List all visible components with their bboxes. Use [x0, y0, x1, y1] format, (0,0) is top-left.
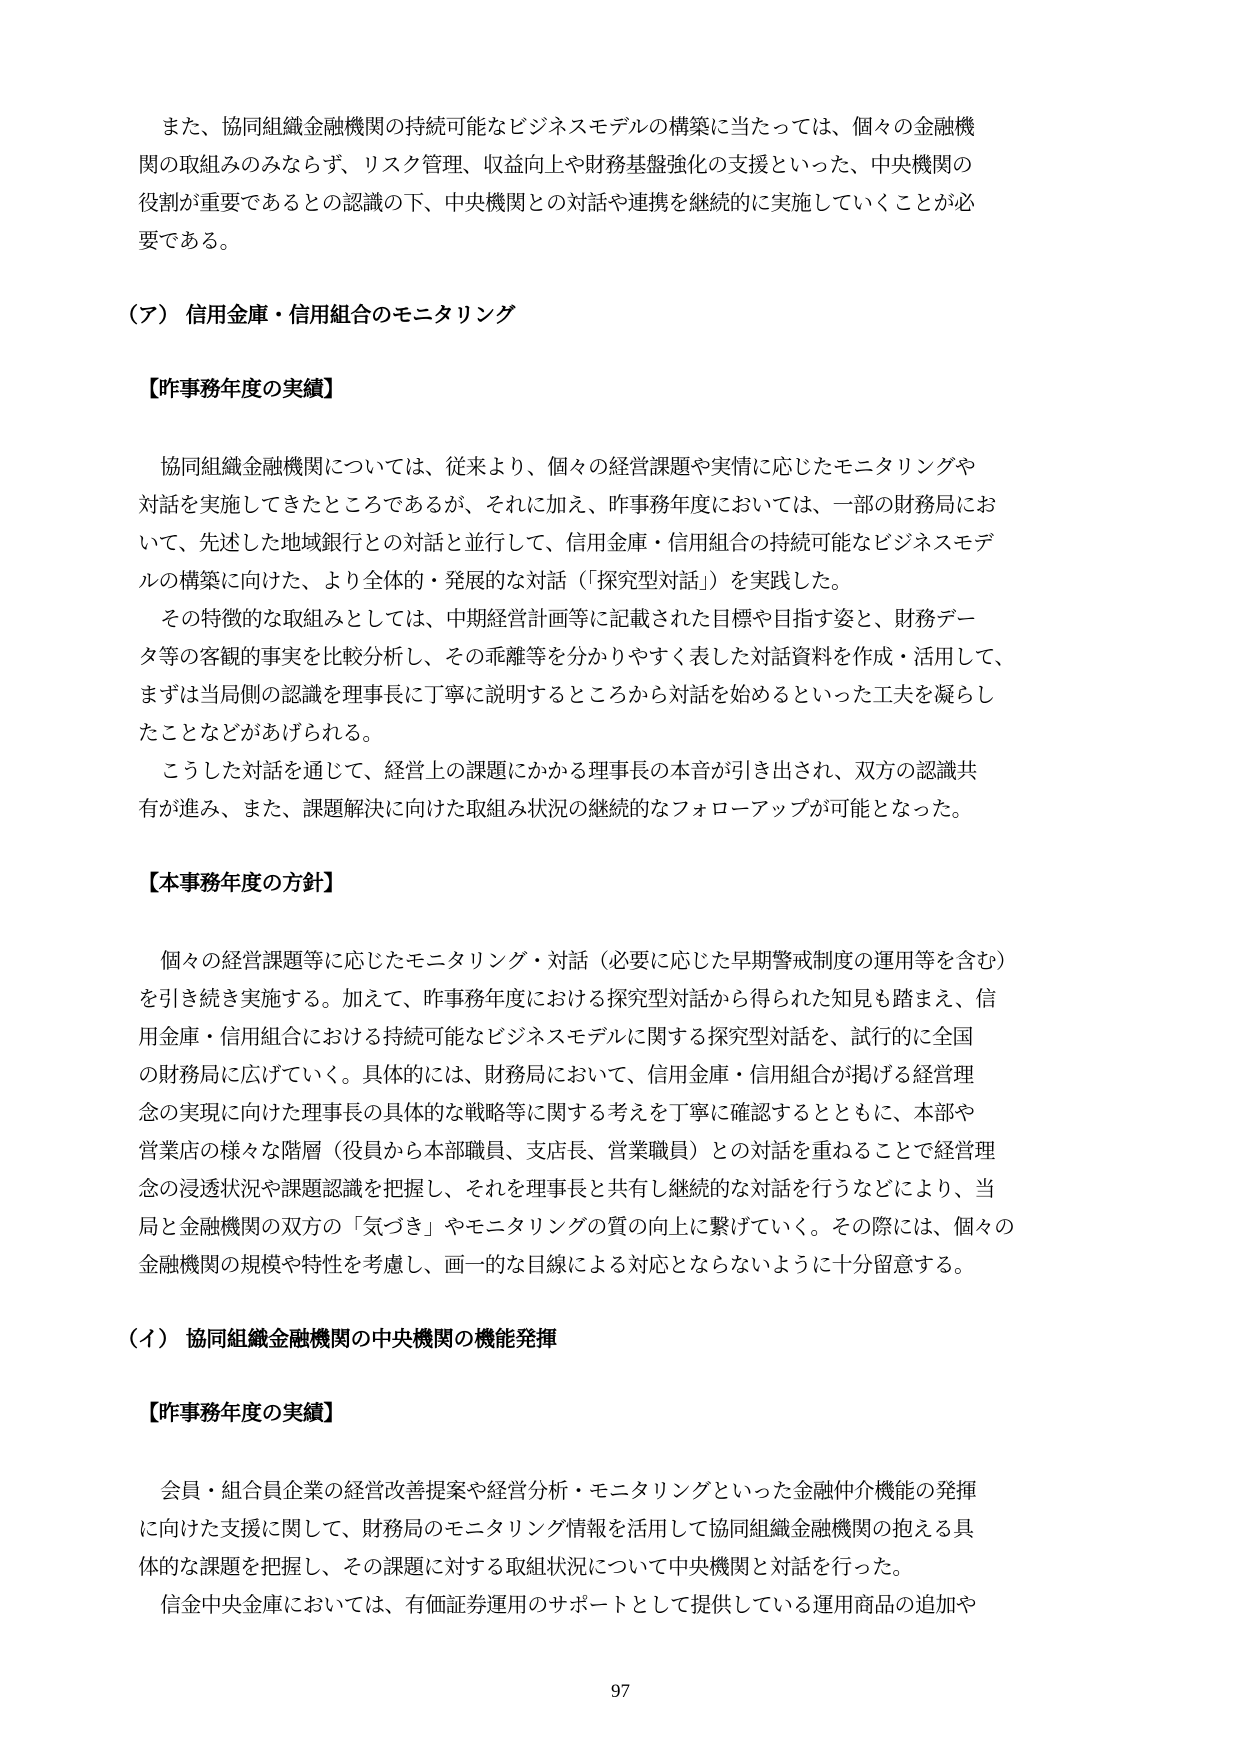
paragraph-line: 念の実現に向けた理事長の具体的な戦略等に関する考えを丁寧に確認するとともに、本部…	[138, 1098, 974, 1128]
paragraph-line: こうした対話を通じて、経営上の課題にかかる理事長の本音が引き出され、双方の認識共	[160, 756, 977, 786]
paragraph-line: 協同組織金融機関については、従来より、個々の経営課題や実情に応じたモニタリングや	[160, 452, 975, 482]
paragraph-line: 信金中央金庫においては、有価証券運用のサポートとして提供している運用商品の追加や	[160, 1590, 976, 1620]
paragraph-line: 金融機関の規模や特性を考慮し、画一的な目線による対応とならないように十分留意する…	[138, 1250, 974, 1280]
section-a-policy-heading: 【本事務年度の方針】	[138, 868, 344, 898]
paragraph-line: 念の浸透状況や課題認識を把握し、それを理事長と共有し継続的な対話を行うなどにより…	[138, 1174, 995, 1204]
section-i-past-results-heading: 【昨事務年度の実績】	[138, 1398, 344, 1428]
paragraph-line: その特徴的な取組みとしては、中期経営計画等に記載された目標や目指す姿と、財務デー	[160, 604, 976, 634]
paragraph-line: に向けた支援に関して、財務局のモニタリング情報を活用して協同組織金融機関の抱える…	[138, 1514, 974, 1544]
paragraph-line: 体的な課題を把握し、その課題に対する取組状況について中央機関と対話を行った。	[138, 1552, 913, 1582]
document-page: また、協同組織金融機関の持続可能なビジネスモデルの構築に当たっては、個々の金融機…	[0, 0, 1241, 1754]
paragraph-line: 営業店の様々な階層（役員から本部職員、支店長、営業職員）との対話を重ねることで経…	[138, 1136, 995, 1166]
paragraph-line: 個々の経営課題等に応じたモニタリング・対話（必要に応じた早期警戒制度の運用等を含…	[160, 946, 1016, 976]
page-number: 97	[0, 1680, 1241, 1704]
paragraph-line: 対話を実施してきたところであるが、それに加え、昨事務年度においては、一部の財務局…	[138, 490, 996, 520]
intro-paragraph-line: また、協同組織金融機関の持続可能なビジネスモデルの構築に当たっては、個々の金融機	[160, 112, 974, 142]
intro-paragraph-line: 要である。	[138, 226, 240, 256]
paragraph-line: の財務局に広げていく。具体的には、財務局において、信用金庫・信用組合が掲げる経営…	[138, 1060, 974, 1090]
paragraph-line: 会員・組合員企業の経営改善提案や経営分析・モニタリングといった金融仲介機能の発揮	[160, 1476, 976, 1506]
paragraph-line: いて、先述した地域銀行との対話と並行して、信用金庫・信用組合の持続可能なビジネス…	[138, 528, 993, 558]
paragraph-line: 局と金融機関の双方の「気づき」やモニタリングの質の向上に繋げていく。その際には、…	[138, 1212, 1014, 1242]
paragraph-line: たことなどがあげられる。	[138, 718, 383, 748]
section-i-heading: （イ） 協同組織金融機関の中央機関の機能発揮	[117, 1324, 557, 1354]
paragraph-line: を引き続き実施する。加えて、昨事務年度における探究型対話から得られた知見も踏まえ…	[138, 984, 996, 1014]
intro-paragraph-line: 関の取組みのみならず、リスク管理、収益向上や財務基盤強化の支援といった、中央機関…	[138, 150, 972, 180]
paragraph-line: タ等の客観的事実を比較分析し、その乖離等を分かりやすく表した対話資料を作成・活用…	[138, 642, 1015, 672]
paragraph-line: 有が進み、また、課題解決に向けた取組み状況の継続的なフォローアップが可能となった…	[138, 794, 972, 824]
section-a-heading: （ア） 信用金庫・信用組合のモニタリング	[117, 300, 515, 330]
intro-paragraph-line: 役割が重要であるとの認識の下、中央機関との対話や連携を継続的に実施していくことが…	[138, 188, 974, 218]
paragraph-line: まずは当局側の認識を理事長に丁寧に説明するところから対話を始めるといった工夫を凝…	[138, 680, 995, 710]
paragraph-line: ルの構築に向けた、より全体的・発展的な対話（「探究型対話」）を実践した。	[138, 566, 851, 596]
section-a-past-results-heading: 【昨事務年度の実績】	[138, 374, 344, 404]
paragraph-line: 用金庫・信用組合における持続可能なビジネスモデルに関する探究型対話を、試行的に全…	[138, 1022, 973, 1052]
